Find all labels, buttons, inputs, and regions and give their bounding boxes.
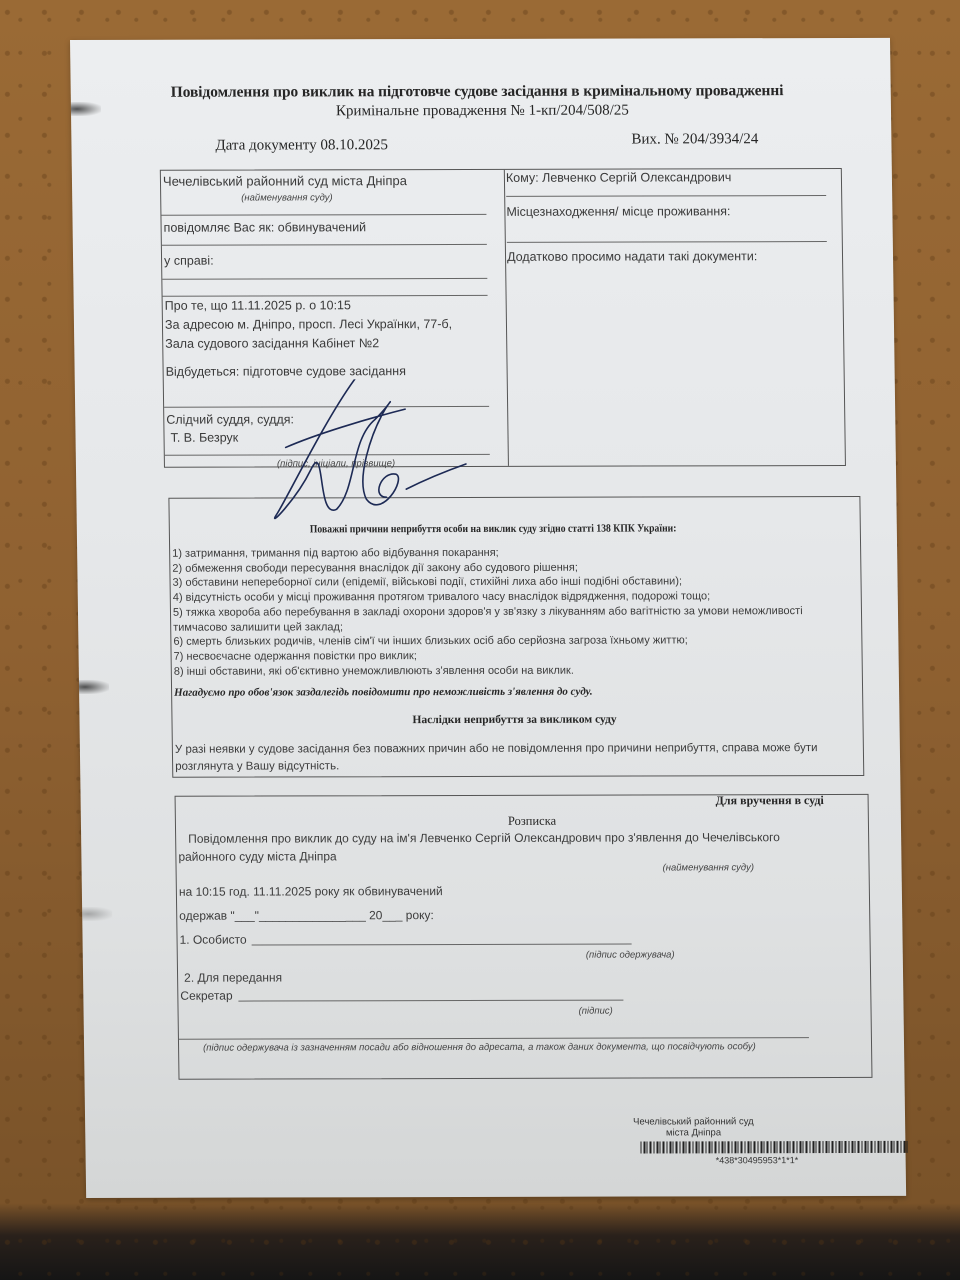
for-delivery-label: Для вручення в суді xyxy=(716,793,824,808)
bottom-signature-line xyxy=(179,1037,809,1040)
received-date-field: одержав "___"________________ 20___ року… xyxy=(179,908,434,923)
stamp-court-line-1: Чечелівський районний суд xyxy=(633,1116,754,1127)
reason-item: 1) затримання, тримання під вартою або в… xyxy=(172,545,802,561)
notifies-as: повідомляє Вас як: обвинувачений xyxy=(164,220,367,235)
printer-mark xyxy=(71,102,101,116)
recipient-signature-caption: (підпис одержувача) xyxy=(586,949,675,960)
case-number: Кримінальне провадження № 1-кп/204/508/2… xyxy=(336,103,629,121)
rule xyxy=(164,406,489,408)
consequences-text: У разі неявки у судове засідання без пов… xyxy=(175,740,855,776)
rule xyxy=(161,214,486,216)
judge-name: Т. В. Безрук xyxy=(170,431,238,445)
rule xyxy=(507,241,827,243)
reason-item: 6) смерть близьких родичів, членів сім'ї… xyxy=(173,633,803,649)
court-name: Чечелівський районний суд міста Дніпра xyxy=(163,173,407,189)
court-stamp: Чечелівський районний суд міста Дніпра xyxy=(633,1116,754,1138)
secretary-signature-line xyxy=(238,1000,623,1002)
in-case-label: у справі: xyxy=(164,254,214,268)
receipt-court-caption: (найменування суду) xyxy=(662,862,754,873)
additional-documents-label: Додатково просимо надати такі документи: xyxy=(507,249,757,264)
judge-label: Слідчий суддя, суддя: xyxy=(166,412,294,426)
for-transfer-label: 2. Для передання xyxy=(184,970,282,984)
reason-item: 4) відсутність особи у місці проживання … xyxy=(173,589,803,605)
receipt-box: Для вручення в суді Розписка Повідомленн… xyxy=(175,794,873,1080)
rule xyxy=(506,195,826,197)
recipient-location-label: Місцезнаходження/ місце проживання: xyxy=(506,204,730,219)
receipt-title: Розписка xyxy=(508,814,556,829)
court-notice-paper: Повідомлення про виклик на підготовче су… xyxy=(70,38,906,1198)
barcode-number: *438*30495953*1*1* xyxy=(716,1155,799,1165)
document-title: Повідомлення про виклик на підготовче су… xyxy=(171,82,784,102)
consequences-heading: Наслідки неприбуття за викликом суду xyxy=(412,714,616,727)
hearing-datetime: Про те, що 11.11.2025 р. о 10:15 xyxy=(165,298,351,312)
signature-caption: (підпис, ініціали, прізвище) xyxy=(277,458,395,469)
secretary-signature-caption: (підпис) xyxy=(578,1006,612,1017)
reason-item: тимчасово залишити цей заклад; xyxy=(173,619,803,635)
reasons-list: 1) затримання, тримання під вартою або в… xyxy=(172,545,803,679)
hearing-room: Зала судового засідання Кабінет №2 xyxy=(165,336,379,351)
receipt-line-2: районного суду міста Дніпра xyxy=(178,849,336,863)
outgoing-number: Вих. № 204/3934/24 xyxy=(631,131,758,148)
reason-item: 7) несвоєчасне одержання повістки про ви… xyxy=(174,648,804,664)
secretary-label: Секретар xyxy=(180,989,232,1003)
printer-mark xyxy=(79,680,109,694)
reasons-heading: Поважні причини неприбуття особи на викл… xyxy=(310,522,677,535)
reason-item: 8) інші обставини, які об'єктивно унемож… xyxy=(174,663,804,679)
barcode xyxy=(640,1141,908,1154)
hearing-address: За адресою м. Дніпро, просп. Лесі Україн… xyxy=(165,317,452,332)
court-name-caption: (найменування суду) xyxy=(241,192,333,203)
reminder-text: Нагадуємо про обов'язок заздалегідь пові… xyxy=(174,686,593,699)
stamp-court-line-2: міста Дніпра xyxy=(633,1127,754,1138)
rule xyxy=(165,454,490,456)
personally-label: 1. Особисто xyxy=(179,933,246,947)
reason-item: 3) обставини непереборної сили (епідемії… xyxy=(172,575,802,591)
personally-signature-line xyxy=(252,944,632,946)
reason-item: 5) тяжка хвороба або перебування в закла… xyxy=(173,604,803,620)
receipt-time-line: на 10:15 год. 11.11.2025 року як обвинув… xyxy=(179,884,443,899)
recipient-name: Кому: Левченко Сергій Олександрович xyxy=(506,170,732,185)
printer-mark xyxy=(82,907,112,921)
valid-reasons-box: Поважні причини неприбуття особи на викл… xyxy=(168,496,864,778)
rule xyxy=(162,278,487,280)
rule xyxy=(162,244,487,246)
hearing-type: Відбудеться: підготовче судове засідання xyxy=(166,364,407,379)
rule xyxy=(163,295,488,297)
notice-details-box: Чечелівський районний суд міста Дніпра (… xyxy=(160,168,846,468)
receipt-line-1: Повідомлення про виклик до суду на ім'я … xyxy=(188,830,780,846)
reason-item: 2) обмеження свободи пересування внаслід… xyxy=(172,560,802,576)
document-date: Дата документу 08.10.2025 xyxy=(215,137,388,154)
bottom-caption: (підпис одержувача із зазначенням посади… xyxy=(203,1041,756,1053)
